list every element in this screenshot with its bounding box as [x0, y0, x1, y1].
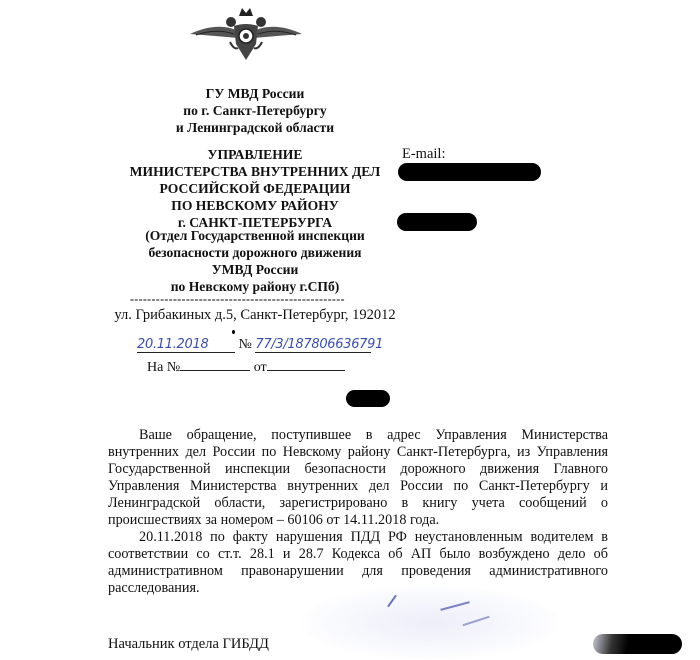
signatory-title: Начальник отдела ГИБДД	[108, 636, 269, 653]
email-label: E-mail:	[402, 146, 446, 163]
outgoing-number: 77/3/187806636791	[255, 337, 371, 353]
redacted-salutation	[346, 390, 390, 407]
redacted-signatory-name	[593, 634, 682, 654]
department-header: УПРАВЛЕНИЕ МИНИСТЕРСТВА ВНУТРЕННИХ ДЕЛ Р…	[108, 146, 402, 231]
office-address: ул. Грибакиных д.5, Санкт-Петербург, 192…	[110, 307, 400, 324]
header-line: РОССИЙСКОЙ ФЕДЕРАЦИИ	[108, 180, 402, 197]
header-line: УПРАВЛЕНИЕ	[108, 146, 402, 163]
reference-line: На № от	[147, 356, 345, 376]
reference-date-blank	[267, 356, 345, 371]
ministry-header: ГУ МВД России по г. Санкт-Петербургу и Л…	[108, 85, 402, 136]
header-line: (Отдел Государственной инспекции	[108, 227, 402, 244]
ink-mark	[232, 330, 235, 334]
header-line: ПО НЕВСКОМУ РАЙОНУ	[108, 197, 402, 214]
reference-number-label: На №	[147, 360, 180, 375]
header-line: ГУ МВД России	[108, 85, 402, 102]
outgoing-date-number: 20.11.2018 № 77/3/187806636791	[137, 337, 371, 353]
reference-date-label: от	[254, 360, 267, 375]
double-headed-eagle-emblem-icon	[186, 4, 306, 62]
mvd-emblem	[186, 4, 306, 62]
reference-number-blank	[180, 356, 250, 371]
redacted-email	[398, 163, 541, 181]
division-header: (Отдел Государственной инспекции безопас…	[108, 227, 402, 295]
header-line: по г. Санкт-Петербургу	[108, 102, 402, 119]
outgoing-date: 20.11.2018	[137, 337, 235, 353]
header-line: безопасности дорожного движения	[108, 244, 402, 261]
paragraph-text: 20.11.2018 по факту нарушения ПДД РФ неу…	[108, 529, 608, 597]
header-line: и Ленинградской области	[108, 119, 402, 136]
body-paragraph-1: Ваше обращение, поступившее в адрес Упра…	[108, 427, 608, 529]
header-line: МИНИСТЕРСТВА ВНУТРЕННИХ ДЕЛ	[108, 163, 402, 180]
official-stamp	[300, 585, 560, 660]
paragraph-text: Ваше обращение, поступившее в адрес Упра…	[108, 427, 608, 529]
redacted-recipient-name	[397, 213, 477, 231]
header-line: УМВД России	[108, 261, 402, 278]
number-label: №	[239, 337, 252, 352]
body-paragraph-2: 20.11.2018 по факту нарушения ПДД РФ неу…	[108, 529, 608, 597]
separator-line: ----------------------------------------…	[130, 292, 370, 307]
